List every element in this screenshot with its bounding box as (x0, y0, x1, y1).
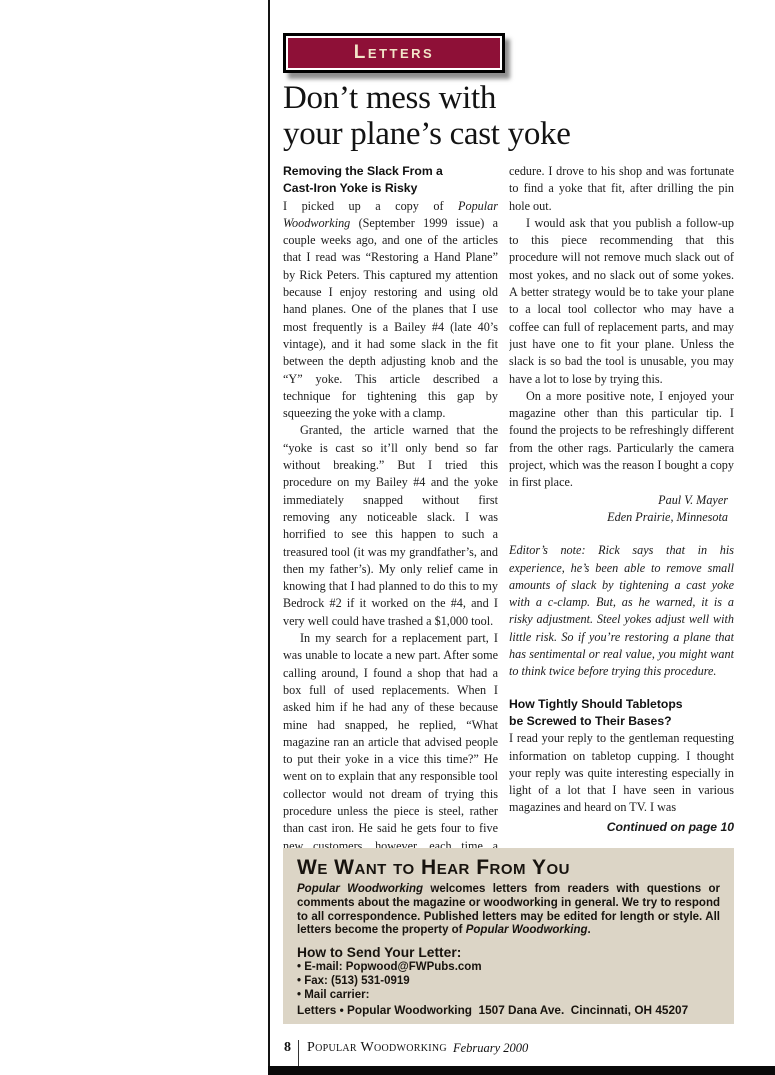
letter2-heading: How Tightly Should Tabletops be Screwed … (509, 696, 734, 731)
page-title: Don’t mess with your plane’s cast yoke (283, 80, 753, 152)
letter1-signature-location: Eden Prairie, Minnesota (509, 509, 734, 526)
feedback-magazine-name-2: Popular Woodworking (466, 924, 588, 936)
page-footer: 8 Popular Woodworking February 2000 (284, 1040, 528, 1067)
letter1-paragraph-4: cedure. I drove to his shop and was fort… (509, 163, 734, 215)
feedback-mail-address: Letters • Popular Woodworking 1507 Dana … (297, 1003, 720, 1017)
page-title-line1: Don’t mess with (283, 80, 753, 116)
letter1-signature-name: Paul V. Mayer (509, 492, 734, 509)
letter2-heading-line2: be Screwed to Their Bases? (509, 714, 672, 728)
letter2-paragraph-1: I read your reply to the gentleman reque… (509, 730, 734, 816)
feedback-item-fax: • Fax: (513) 531-0919 (297, 975, 720, 989)
letter1-paragraph-6: On a more positive note, I enjoyed your … (509, 388, 734, 492)
letter1-p1-pre: I picked up a copy of (283, 199, 458, 213)
letters-section-label: Letters (354, 43, 434, 62)
footer-divider (298, 1040, 299, 1067)
editors-note: Editor’s note: Rick says that in his exp… (509, 542, 734, 680)
feedback-intro-period: . (588, 924, 591, 936)
letter1-paragraph-2: Granted, the article warned that the “yo… (283, 422, 498, 630)
issue-date: February 2000 (453, 1040, 528, 1056)
page-number: 8 (284, 1040, 291, 1056)
letter1-heading: Removing the Slack From a Cast-Iron Yoke… (283, 163, 498, 198)
letter2-heading-line1: How Tightly Should Tabletops (509, 697, 683, 711)
continued-notice: Continued on page 10 (509, 819, 734, 836)
feedback-box-title: We Want to Hear From You (297, 856, 720, 879)
page-bottom-edge (268, 1066, 775, 1075)
page-edge-rule (268, 0, 270, 1075)
column-left: Removing the Slack From a Cast-Iron Yoke… (283, 163, 498, 855)
feedback-item-email: • E-mail: Popwood@FWPubs.com (297, 961, 720, 975)
letter1-paragraph-3: In my search for a replacement part, I w… (283, 630, 498, 855)
letter1-heading-line1: Removing the Slack From a (283, 164, 443, 178)
feedback-box-intro: Popular Woodworking welcomes letters fro… (297, 883, 720, 938)
letter1-p1-post: (September 1999 issue) a couple weeks ag… (283, 216, 498, 420)
letters-section-banner: Letters (283, 33, 505, 73)
column-right: cedure. I drove to his shop and was fort… (509, 163, 734, 855)
feedback-item-mail: • Mail carrier: (297, 989, 720, 1003)
magazine-name: Popular Woodworking (307, 1040, 447, 1056)
feedback-how-title: How to Send Your Letter: (297, 945, 720, 960)
letter1-paragraph-5: I would ask that you publish a follow-up… (509, 215, 734, 388)
feedback-box: We Want to Hear From You Popular Woodwor… (283, 848, 734, 1024)
page-title-line2: your plane’s cast yoke (283, 116, 753, 152)
feedback-magazine-name-1: Popular Woodworking (297, 883, 423, 895)
letter1-heading-line2: Cast-Iron Yoke is Risky (283, 181, 417, 195)
letter1-paragraph-1: I picked up a copy of Popular Woodworkin… (283, 198, 498, 423)
